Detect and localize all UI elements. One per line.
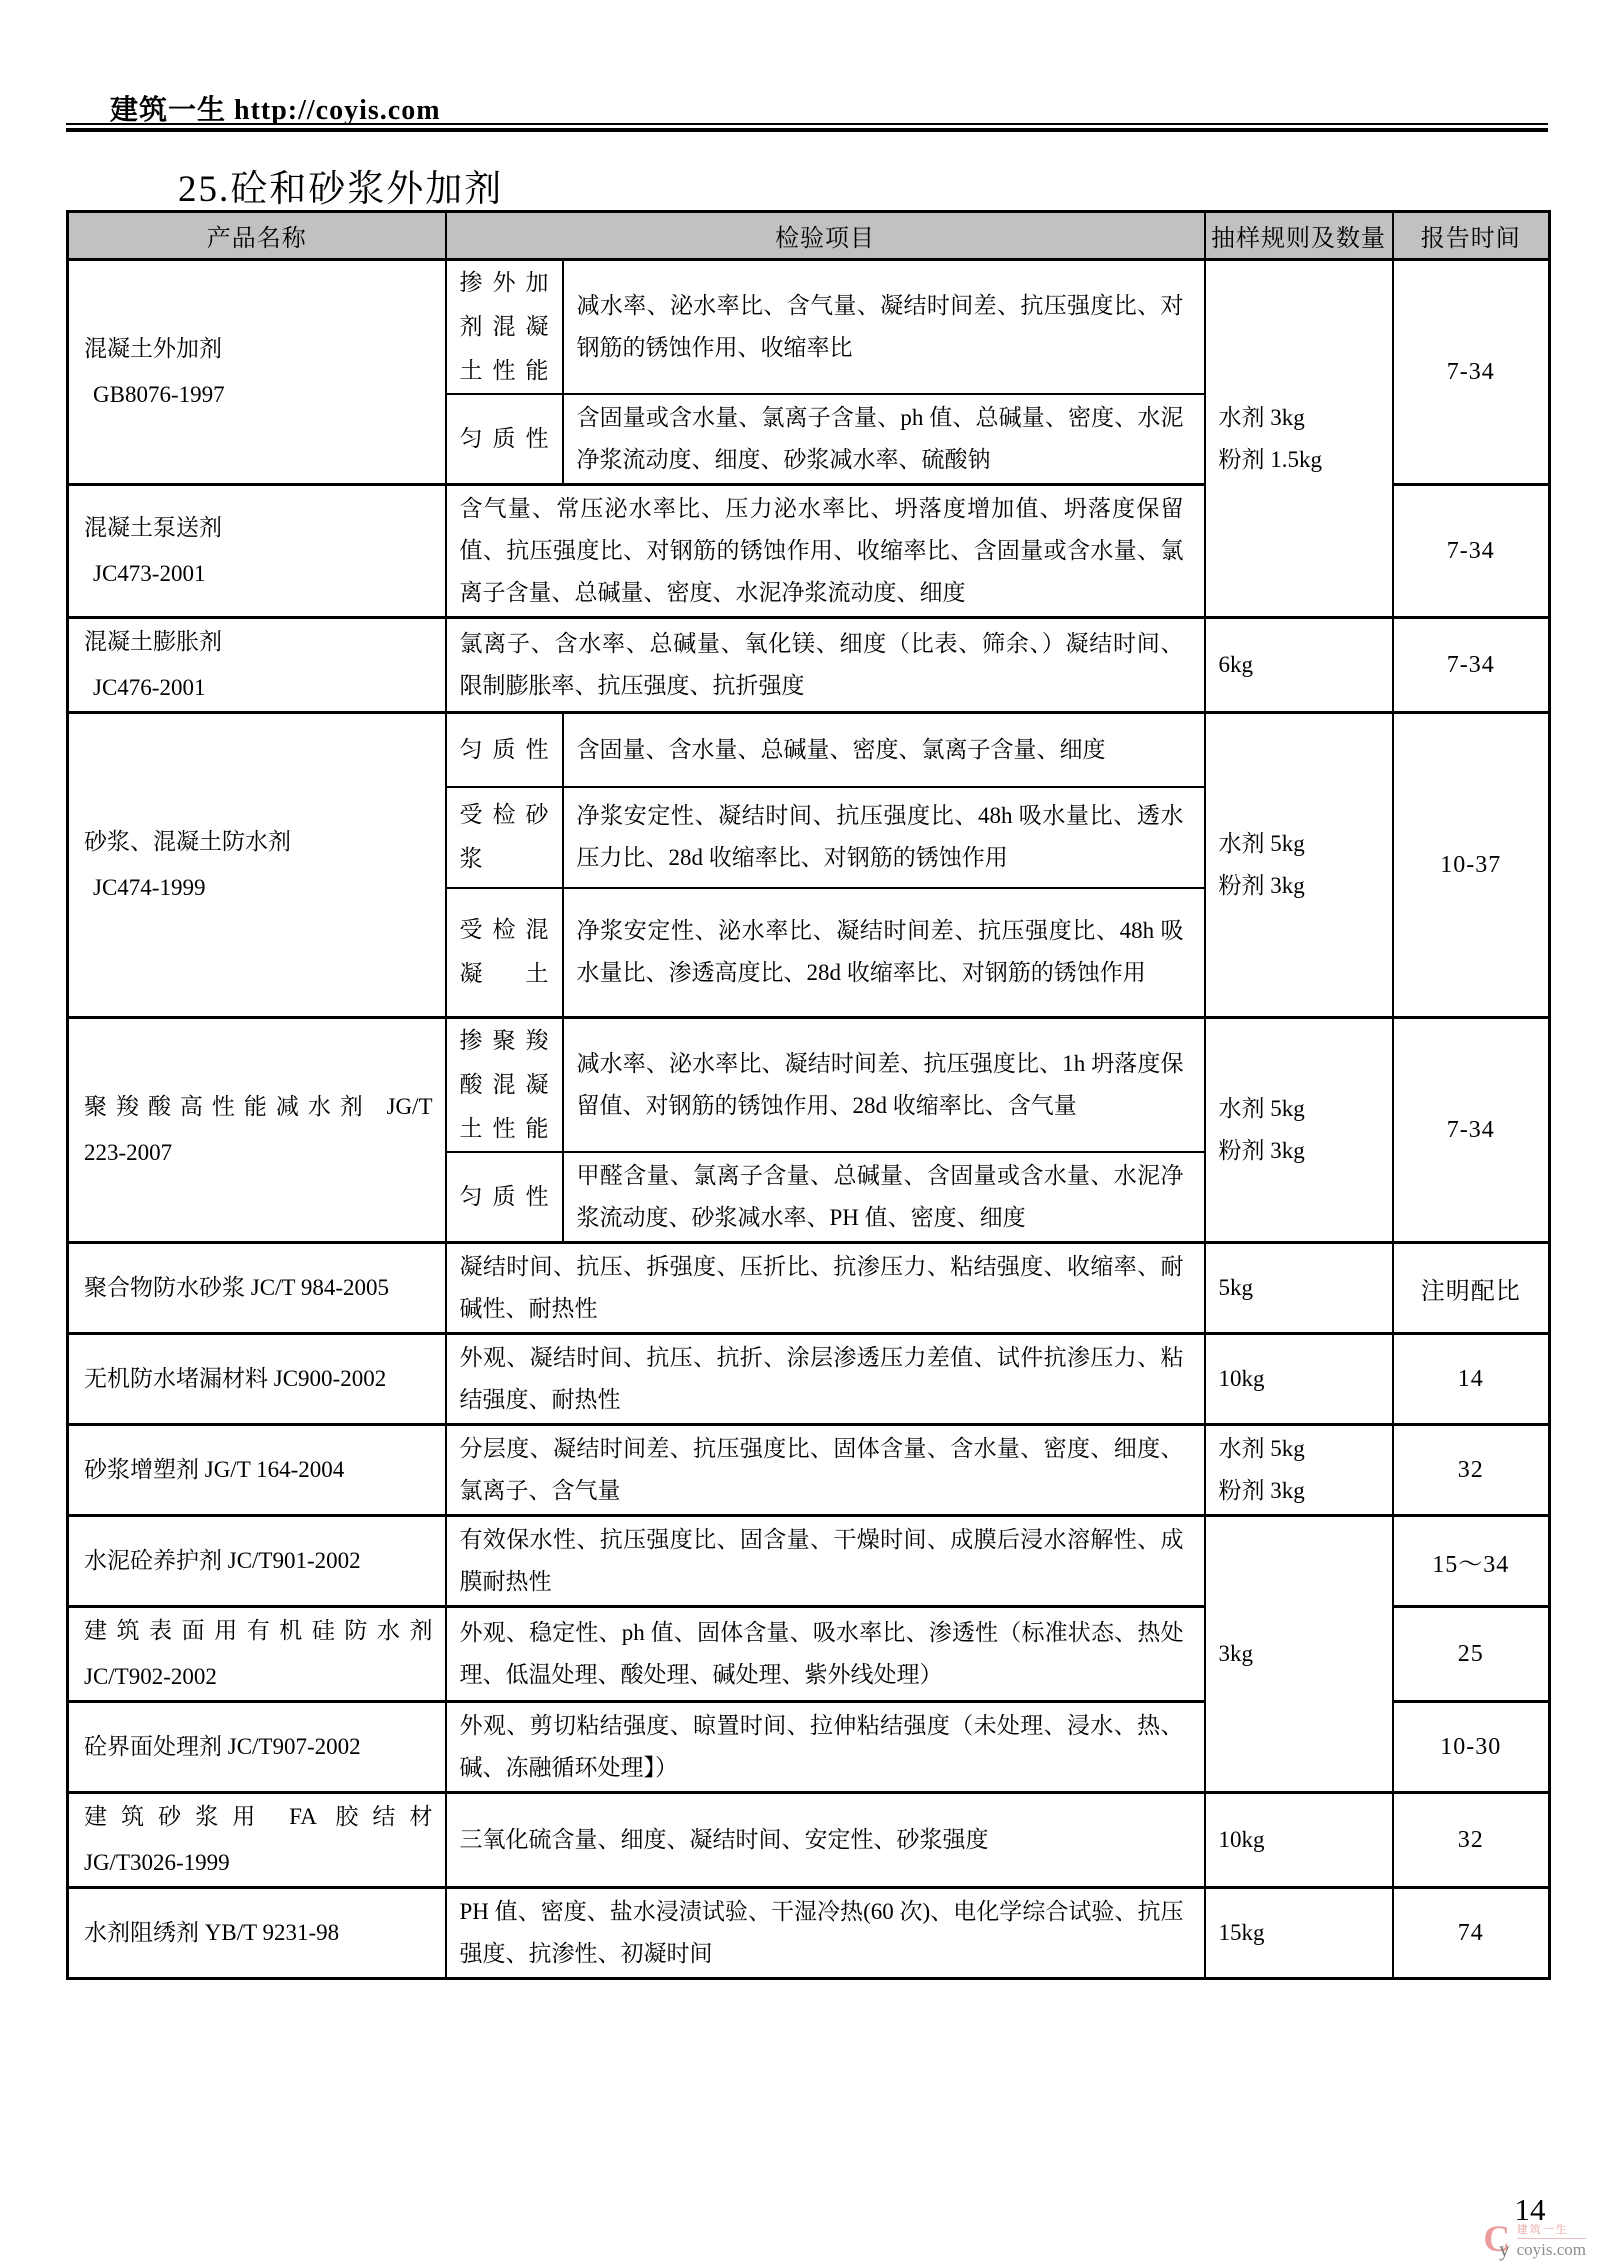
inspection-items-cell: 氯离子、含水率、总碱量、氧化镁、细度（比表、筛余、）凝结时间、限制膨胀率、抗压强… — [446, 618, 1205, 713]
sub-category-cell: 掺外加 剂混凝 土性能 — [446, 260, 563, 395]
admixtures-table: 产品名称 检验项目 抽样规则及数量 报告时间 混凝土外加剂 GB8076-199… — [66, 210, 1551, 1980]
watermark-domain: coyis.com — [1517, 2240, 1586, 2260]
product-name-cell: 混凝土泵送剂 JC473-2001 — [68, 485, 446, 618]
report-time-cell: 10-30 — [1393, 1702, 1550, 1793]
product-name-line1: 混凝土泵送剂 — [84, 505, 433, 551]
column-header-sampling: 抽样规则及数量 — [1205, 212, 1393, 260]
inspection-items-cell: 有效保水性、抗压强度比、固含量、干燥时间、成膜后浸水溶解性、成膜耐热性 — [446, 1516, 1205, 1607]
sampling-cell: 水剂 5kg 粉剂 3kg — [1205, 1018, 1393, 1243]
inspection-items-cell: 三氧化硫含量、细度、凝结时间、安定性、砂浆强度 — [446, 1793, 1205, 1888]
inspection-items-cell: 含气量、常压泌水率比、压力泌水率比、坍落度增加值、坍落度保留值、抗压强度比、对钢… — [446, 485, 1205, 618]
report-time-cell: 7-34 — [1393, 485, 1550, 618]
page-title: 25.砼和砂浆外加剂 — [178, 158, 503, 212]
report-time-cell: 10-37 — [1393, 713, 1550, 1018]
inspection-items-cell: 净浆安定性、泌水率比、凝结时间差、抗压强度比、48h 吸水量比、渗透高度比、28… — [563, 888, 1205, 1018]
product-name-line1: 聚合物防水砂浆 JC/T 984-2005 — [84, 1265, 433, 1311]
column-header-report: 报告时间 — [1393, 212, 1550, 260]
product-name-line1: 砂浆、混凝土防水剂 — [84, 819, 433, 865]
product-name-line2: JC/T902-2002 — [84, 1654, 433, 1700]
report-time-cell: 25 — [1393, 1607, 1550, 1702]
sub-category-cell: 匀质性 — [446, 1152, 563, 1243]
product-name-cell: 建筑砂浆用 FA 胶结材 JG/T3026-1999 — [68, 1793, 446, 1888]
sub-category-cell: 匀质性 — [446, 713, 563, 787]
report-time-cell: 74 — [1393, 1888, 1550, 1979]
inspection-items-cell: 分层度、凝结时间差、抗压强度比、固体含量、含水量、密度、细度、氯离子、含气量 — [446, 1425, 1205, 1516]
product-name-line1: 聚羧酸高性能减水剂 JG/T — [84, 1084, 433, 1130]
site-header: 建筑一生 http://coyis.com — [110, 88, 441, 128]
report-time-cell: 注明配比 — [1393, 1243, 1550, 1334]
product-name-cell: 砂浆增塑剂 JG/T 164-2004 — [68, 1425, 446, 1516]
report-time-cell: 15～34 — [1393, 1516, 1550, 1607]
report-time-cell: 7-34 — [1393, 1018, 1550, 1243]
product-name-line1: 水泥砼养护剂 JC/T901-2002 — [84, 1538, 433, 1584]
inspection-items-cell: 外观、剪切粘结强度、晾置时间、拉伸粘结强度（未处理、浸水、热、碱、冻融循环处理】… — [446, 1702, 1205, 1793]
sub-category-cell: 匀质性 — [446, 394, 563, 485]
sampling-cell: 15kg — [1205, 1888, 1393, 1979]
product-name-cell: 混凝土外加剂 GB8076-1997 — [68, 260, 446, 485]
watermark-text: 建筑一生 coyis.com — [1517, 2221, 1586, 2260]
product-name-line1: 建筑表面用有机硅防水剂 — [84, 1608, 433, 1654]
sampling-cell: 10kg — [1205, 1793, 1393, 1888]
product-name-line2: GB8076-1997 — [84, 372, 433, 418]
report-time-cell: 14 — [1393, 1334, 1550, 1425]
sub-category-cell: 掺聚羧 酸混凝 土性能 — [446, 1018, 563, 1153]
column-header-product: 产品名称 — [68, 212, 446, 260]
product-name-line1: 混凝土外加剂 — [84, 326, 433, 372]
product-name-line1: 建筑砂浆用 FA 胶结材 — [84, 1794, 433, 1840]
product-name-cell: 无机防水堵漏材料 JC900-2002 — [68, 1334, 446, 1425]
product-name-cell: 水剂阻绣剂 YB/T 9231-98 — [68, 1888, 446, 1979]
product-name-line1: 混凝土膨胀剂 — [84, 619, 433, 665]
product-name-cell: 混凝土膨胀剂 JC476-2001 — [68, 618, 446, 713]
inspection-items-cell: 净浆安定性、凝结时间、抗压强度比、48h 吸水量比、透水压力比、28d 收缩率比… — [563, 787, 1205, 888]
product-name-line2: JC473-2001 — [84, 551, 433, 597]
sub-category-cell: 受检混 凝土 — [446, 888, 563, 1018]
sub-category-cell: 受检砂 浆 — [446, 787, 563, 888]
sampling-cell: 水剂 3kg 粉剂 1.5kg — [1205, 260, 1393, 618]
product-name-cell: 聚合物防水砂浆 JC/T 984-2005 — [68, 1243, 446, 1334]
report-time-cell: 7-34 — [1393, 618, 1550, 713]
product-name-line2: JG/T3026-1999 — [84, 1840, 433, 1886]
product-name-line1: 无机防水堵漏材料 JC900-2002 — [84, 1356, 433, 1402]
product-name-line1: 水剂阻绣剂 YB/T 9231-98 — [84, 1910, 433, 1956]
product-name-cell: 聚羧酸高性能减水剂 JG/T 223-2007 — [68, 1018, 446, 1243]
inspection-items-cell: PH 值、密度、盐水浸渍试验、干湿冷热(60 次)、电化学综合试验、抗压强度、抗… — [446, 1888, 1205, 1979]
sampling-cell: 6kg — [1205, 618, 1393, 713]
inspection-items-cell: 减水率、泌水率比、凝结时间差、抗压强度比、1h 坍落度保留值、对钢筋的锈蚀作用、… — [563, 1018, 1205, 1153]
inspection-items-cell: 含固量、含水量、总碱量、密度、氯离子含量、细度 — [563, 713, 1205, 787]
product-name-cell: 建筑表面用有机硅防水剂 JC/T902-2002 — [68, 1607, 446, 1702]
inspection-items-cell: 外观、凝结时间、抗压、抗折、涂层渗透压力差值、试件抗渗压力、粘结强度、耐热性 — [446, 1334, 1205, 1425]
inspection-items-cell: 含固量或含水量、氯离子含量、ph 值、总碱量、密度、水泥净浆流动度、细度、砂浆减… — [563, 394, 1205, 485]
product-name-cell: 砼界面处理剂 JC/T907-2002 — [68, 1702, 446, 1793]
sampling-cell: 3kg — [1205, 1516, 1393, 1793]
product-name-line2: 223-2007 — [84, 1130, 433, 1176]
sampling-cell: 水剂 5kg 粉剂 3kg — [1205, 713, 1393, 1018]
product-name-line1: 砂浆增塑剂 JG/T 164-2004 — [84, 1447, 433, 1493]
product-name-line1: 砼界面处理剂 JC/T907-2002 — [84, 1724, 433, 1770]
site-watermark: C y 建筑一生 coyis.com — [1483, 2221, 1586, 2262]
sampling-cell: 5kg — [1205, 1243, 1393, 1334]
product-name-line2: JC474-1999 — [84, 865, 433, 911]
report-time-cell: 7-34 — [1393, 260, 1550, 485]
inspection-items-cell: 甲醛含量、氯离子含量、总碱量、含固量或含水量、水泥净浆流动度、砂浆减水率、PH … — [563, 1152, 1205, 1243]
product-name-cell: 水泥砼养护剂 JC/T901-2002 — [68, 1516, 446, 1607]
product-name-cell: 砂浆、混凝土防水剂 JC474-1999 — [68, 713, 446, 1018]
watermark-y-logo-icon: y — [1499, 2237, 1510, 2262]
product-name-line2: JC476-2001 — [84, 665, 433, 711]
inspection-items-cell: 凝结时间、抗压、拆强度、压折比、抗渗压力、粘结强度、收缩率、耐碱性、耐热性 — [446, 1243, 1205, 1334]
sampling-cell: 10kg — [1205, 1334, 1393, 1425]
inspection-items-cell: 减水率、泌水率比、含气量、凝结时间差、抗压强度比、对钢筋的锈蚀作用、收缩率比 — [563, 260, 1205, 395]
watermark-brand: 建筑一生 — [1517, 2221, 1586, 2239]
report-time-cell: 32 — [1393, 1793, 1550, 1888]
sampling-cell: 水剂 5kg 粉剂 3kg — [1205, 1425, 1393, 1516]
report-time-cell: 32 — [1393, 1425, 1550, 1516]
column-header-items: 检验项目 — [446, 212, 1205, 260]
header-divider — [66, 123, 1548, 132]
inspection-items-cell: 外观、稳定性、ph 值、固体含量、吸水率比、渗透性（标准状态、热处理、低温处理、… — [446, 1607, 1205, 1702]
